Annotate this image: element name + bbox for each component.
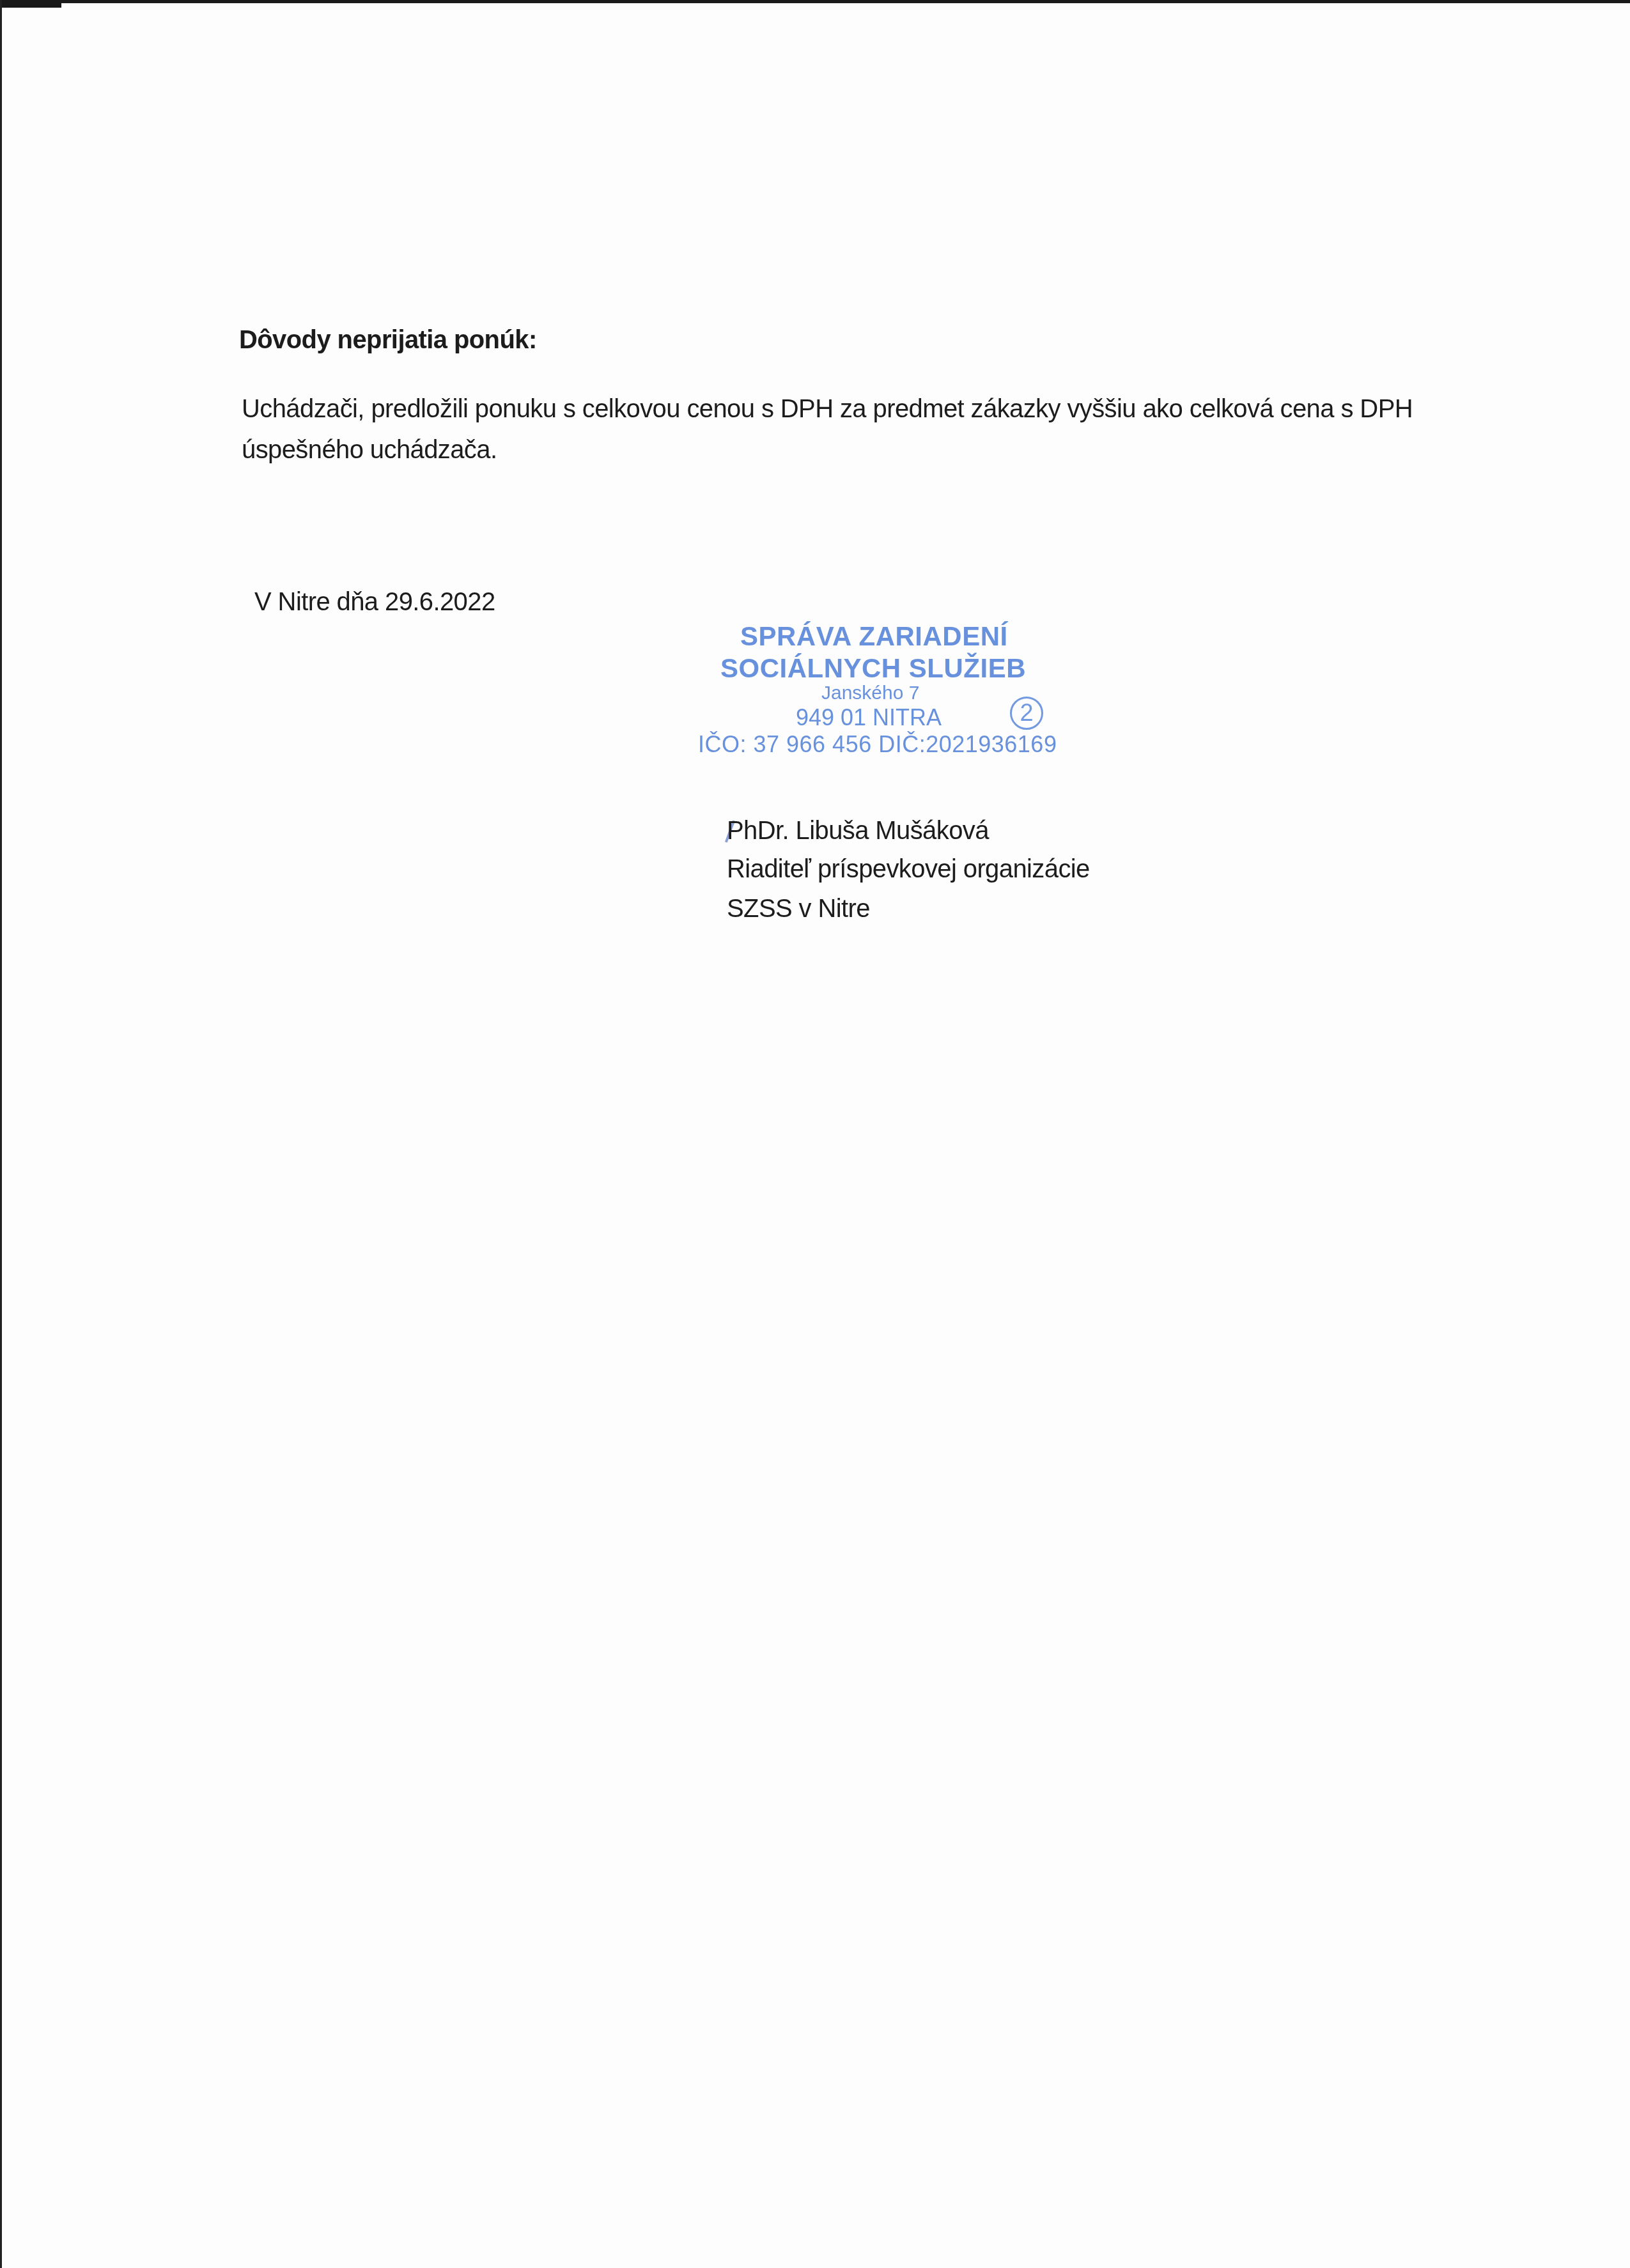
stamp-number-badge: 2 (1010, 697, 1043, 730)
reason-paragraph-line-2: úspešného uchádzača. (242, 437, 497, 463)
place-and-date: V Nitre dňa 29.6.2022 (254, 589, 495, 615)
stamp-address-street: Janského 7 (821, 683, 919, 704)
reason-paragraph-line-1: Uchádzači, predložili ponuku s celkovou … (242, 396, 1413, 422)
stamp-line-2: SOCIÁLNYCH SLUŽIEB (720, 653, 1026, 684)
scan-border-left (0, 0, 2, 2268)
signatory-organization: SZSS v Nitre (727, 896, 870, 922)
signatory-name: PhDr. Libuša Mušáková (727, 818, 989, 844)
signatory-title: Riaditeľ príspevkovej organizácie (727, 856, 1090, 882)
section-heading: Dôvody neprijatia ponúk: (239, 327, 537, 353)
stamp-line-1: SPRÁVA ZARIADENÍ (740, 621, 1008, 652)
scan-border-corner (0, 0, 61, 8)
scan-border-top (0, 0, 1630, 3)
stamp-address-city: 949 01 NITRA (796, 704, 942, 731)
stamp-ids: IČO: 37 966 456 DIČ:2021936169 (698, 731, 1057, 758)
